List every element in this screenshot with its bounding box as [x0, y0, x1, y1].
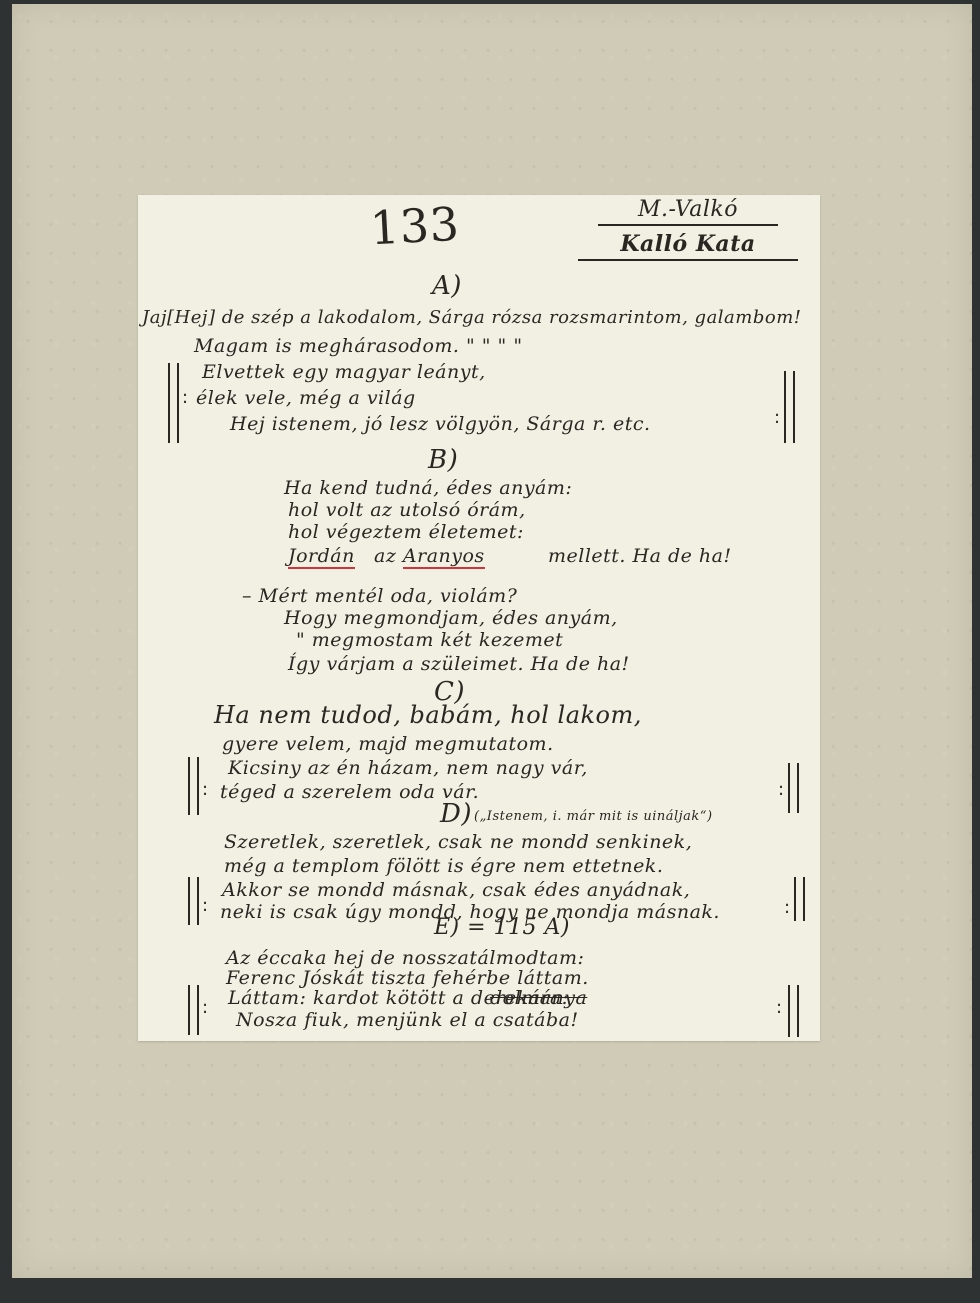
struck-word: dolmánya [490, 987, 587, 1009]
section-b-line: Hogy megmondjam, édes anyám, [284, 607, 618, 629]
repeat-bar-left [188, 757, 199, 815]
section-e-label: E) = 115 A) [434, 915, 570, 940]
section-c-line: Ha nem tudod, babám, hol lakom, [214, 701, 642, 729]
section-e-line: Az éccaka hej de nosszatálmodtam: [226, 947, 584, 969]
section-b-line: Így várjam a szüleimet. Ha de ha! [288, 653, 630, 675]
page-number: 133 [369, 197, 461, 256]
section-d-line: még a templom fölött is égre nem ettetne… [224, 855, 663, 877]
repeat-dots: : [202, 895, 208, 916]
section-b-line: hol volt az utolsó órám, [288, 499, 526, 521]
repeat-dots: : [776, 997, 782, 1018]
section-b-line: az Aranyos [374, 545, 485, 567]
section-e-line: Nosza fiuk, menjünk el a csatába! [236, 1009, 579, 1031]
section-a-line: Magam is meghárasodom. " " " " [194, 335, 523, 357]
section-a-line: Jaj[Hej] de szép a lakodalom, Sárga rózs… [142, 307, 802, 328]
section-b-line: hol végeztem életemet: [288, 521, 524, 543]
section-b-line-end: mellett. Ha de ha! [548, 545, 732, 567]
section-d-line: Akkor se mondd másnak, csak édes anyádna… [222, 879, 690, 901]
repeat-dots: : [182, 387, 188, 408]
repeat-bar-right [794, 877, 805, 921]
underlined-word: Jordán [288, 545, 355, 569]
section-b-line: Ha kend tudná, édes anyám: [284, 477, 572, 499]
section-d-line: Szeretlek, szeretlek, csak ne mondd senk… [224, 831, 692, 853]
section-c-line: gyere velem, majd megmutatom. [222, 733, 554, 755]
repeat-bar-right [788, 985, 799, 1037]
section-b-line: " megmostam két kezemet [296, 629, 563, 651]
repeat-dots: : [202, 997, 208, 1018]
section-d-note: („Istenem, i. már mit is uináljak“) [474, 809, 713, 824]
repeat-bar-right [788, 763, 799, 813]
repeat-dots: : [774, 407, 780, 428]
repeat-bar-left [168, 363, 179, 443]
section-a-line: Elvettek egy magyar leányt, [202, 361, 486, 383]
section-a-line: Hej istenem, jó lesz völgyön, Sárga r. e… [230, 413, 651, 435]
repeat-bar-left [188, 985, 199, 1035]
section-a-line: élek vele, még a világ [196, 387, 416, 409]
mounting-board: 133 M.-Valkó Kalló Kata A) Jaj[Hej] de s… [12, 4, 972, 1278]
section-d-label: D) [440, 799, 472, 829]
repeat-dots: : [778, 779, 784, 800]
singer-name: Kalló Kata [578, 231, 798, 261]
repeat-dots: : [202, 779, 208, 800]
section-e-line: Ferenc Jóskát tiszta fehérbe láttam. [226, 967, 589, 989]
section-b-label: B) [428, 445, 458, 475]
repeat-dots: : [784, 897, 790, 918]
section-c-line: Kicsiny az én házam, nem nagy vár, [228, 757, 588, 779]
repeat-bar-right [784, 371, 795, 443]
place-name: M.-Valkó [598, 197, 778, 226]
underlined-word: Aranyos [403, 545, 485, 569]
section-a-label: A) [432, 271, 462, 301]
section-b-line: – Mért mentél oda, violám? [242, 585, 517, 607]
manuscript-sheet: 133 M.-Valkó Kalló Kata A) Jaj[Hej] de s… [138, 195, 820, 1041]
section-b-line: Jordán [288, 545, 355, 567]
repeat-bar-left [188, 877, 199, 925]
